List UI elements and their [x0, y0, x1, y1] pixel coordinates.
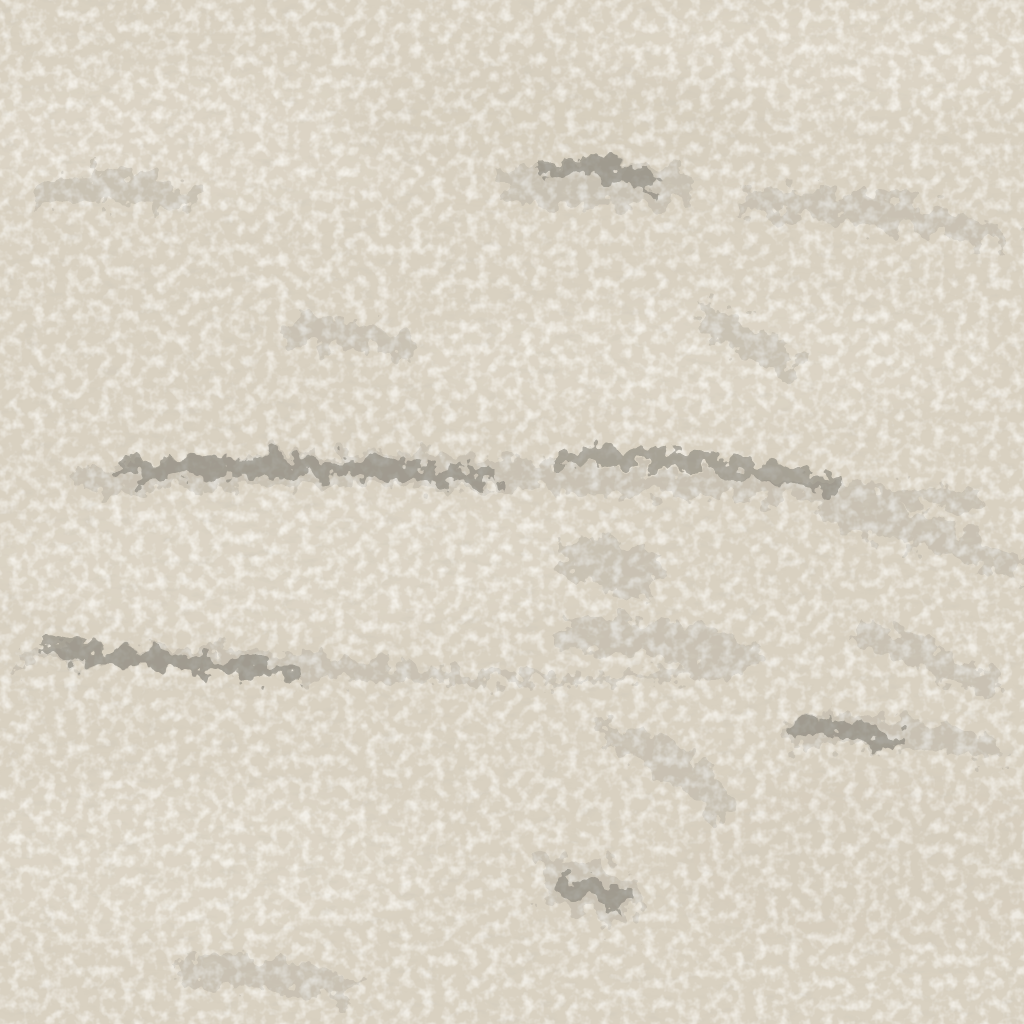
carpet-texture-photo [0, 0, 1024, 1024]
carpet-texture-graphic [0, 0, 1024, 1024]
